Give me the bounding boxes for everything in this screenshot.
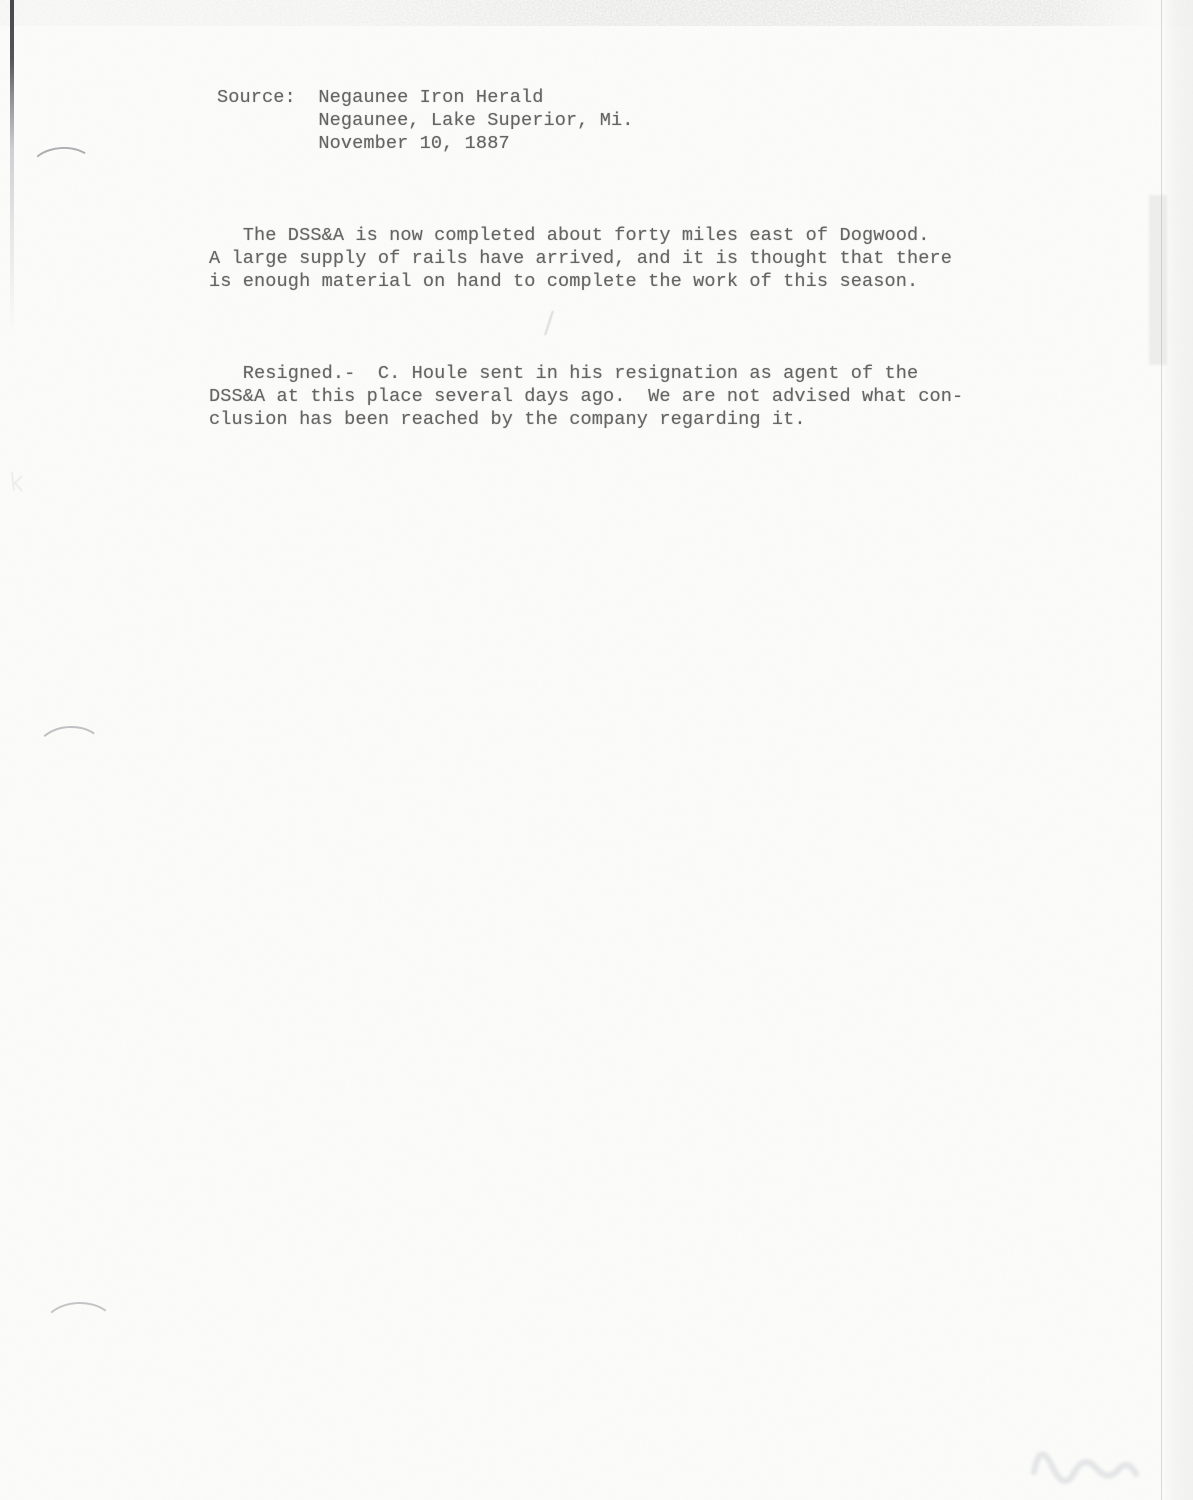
margin-smudge-artifact bbox=[9, 470, 25, 494]
underlying-sheet-edge bbox=[1161, 0, 1193, 1500]
left-edge-scan-streak bbox=[10, 0, 14, 340]
binder-hole-mark-middle bbox=[35, 724, 105, 775]
stray-slash-artifact bbox=[544, 310, 554, 335]
scanned-document-page: Source: Negaunee Iron Herald Negaunee, L… bbox=[0, 0, 1193, 1500]
ink-bleedthrough-smudge bbox=[1028, 1446, 1140, 1488]
source-citation-block: Source: Negaunee Iron Herald Negaunee, L… bbox=[217, 86, 634, 156]
top-edge-scan-noise bbox=[0, 0, 1193, 26]
binder-hole-mark-bottom bbox=[41, 1301, 117, 1356]
binder-hole-mark-top bbox=[29, 145, 96, 189]
article-paragraph-construction: The DSS&A is now completed about forty m… bbox=[209, 224, 952, 294]
article-paragraph-resignation: Resigned.- C. Houle sent in his resignat… bbox=[209, 362, 963, 432]
